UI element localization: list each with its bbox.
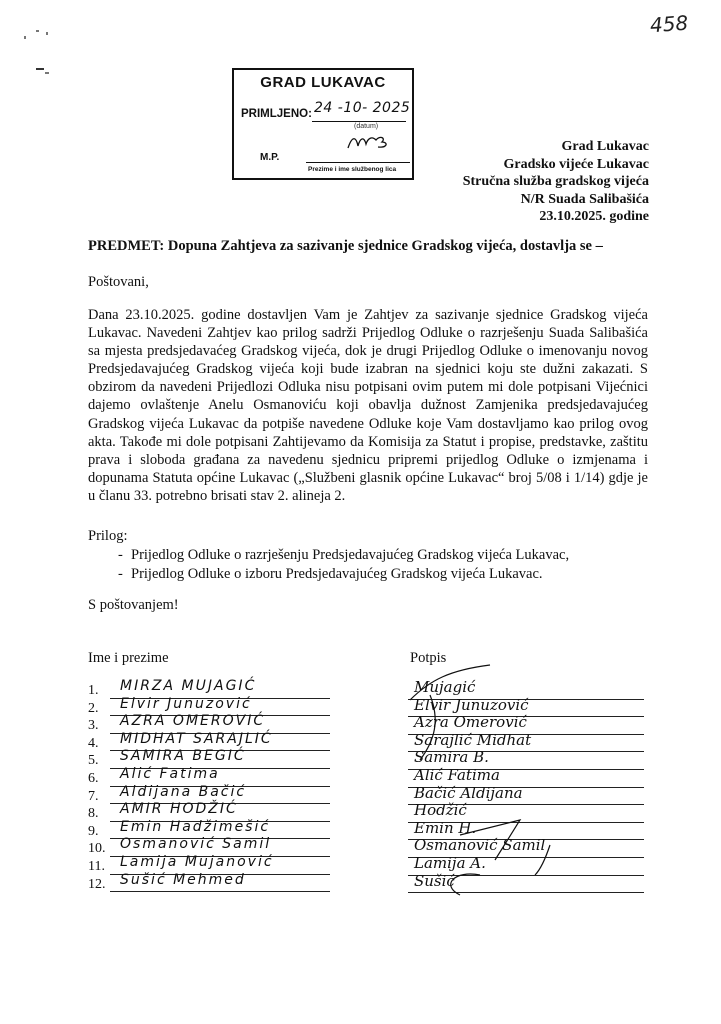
attachment-item: -Prijedlog Odluke o izboru Predsjedavaju… (118, 565, 569, 584)
handwritten-signature: Bačić Aldijana (414, 784, 523, 802)
names-column-header: Ime i prezime (88, 650, 169, 667)
recipient-line: Stručna služba gradskog vijeća (463, 173, 649, 191)
page-number-handwritten: 458 (649, 11, 689, 38)
row-number: 2. (88, 700, 99, 717)
row-number: 11. (88, 858, 105, 875)
salutation: Poštovani, (88, 274, 149, 291)
handwritten-signature: Hodžić (414, 801, 467, 819)
stamp-title: GRAD LUKAVAC (234, 74, 412, 91)
handwritten-signature: Emin H. (414, 819, 476, 837)
stamp-received-label: PRIMLJENO: (241, 108, 312, 120)
attachment-item: -Prijedlog Odluke o razrješenju Predsjed… (118, 546, 569, 565)
name-underline (110, 891, 330, 892)
signature-row: Sušić (408, 877, 644, 895)
handwritten-signature: Sarajlić Midhat (414, 731, 531, 749)
handwritten-name: AZRA OMEROVIĆ (120, 713, 265, 729)
row-number: 5. (88, 752, 99, 769)
row-number: 10. (88, 840, 106, 857)
closing: S poštovanjem! (88, 597, 179, 614)
handwritten-name: Lamija Mujanović (120, 854, 274, 870)
stamp-official-line (306, 162, 410, 163)
handwritten-name: AMIR HODŽIĆ (120, 801, 238, 817)
attachments-list: -Prijedlog Odluke o razrješenju Predsjed… (118, 546, 569, 583)
handwritten-name: MIRZA MUJAGIĆ (120, 678, 256, 694)
handwritten-signature: Alić Fatima (414, 766, 500, 784)
stamp-official-caption: Prezime i ime službenog lica (308, 166, 396, 173)
handwritten-name: Aldijana Bačić (120, 784, 246, 800)
signature-column-header: Potpis (410, 650, 446, 667)
handwritten-name: MIDHAT SARAJLIĆ (120, 731, 273, 747)
body-paragraph: Dana 23.10.2025. godine dostavljen Vam j… (88, 306, 648, 505)
row-number: 7. (88, 788, 99, 805)
handwritten-signature: Osmanović Samil (414, 836, 545, 854)
recipient-block: Grad Lukavac Gradsko vijeće Lukavac Stru… (463, 138, 649, 226)
row-number: 3. (88, 717, 99, 734)
recipient-line: N/R Suada Salibašića (463, 191, 649, 209)
signature-underline (408, 892, 644, 893)
row-number: 12. (88, 876, 106, 893)
handwritten-name: SAMIRA BEGIĆ (120, 748, 246, 764)
recipient-line: Grad Lukavac (463, 138, 649, 156)
signatory-row: 12.Sušić Mehmed (88, 876, 348, 894)
attachments-label: Prilog: (88, 528, 127, 545)
stamp-seal-label: M.P. (260, 152, 279, 163)
stamp-received-date: 24 -10- 2025 (314, 100, 410, 116)
handwritten-name: Alić Fatima (120, 766, 220, 782)
stamp-date-line (312, 121, 406, 122)
handwritten-name: Osmanović Samil (120, 836, 271, 852)
signature-list: MujagićElvir JunuzovićAzra OmerovićSaraj… (408, 683, 644, 894)
handwritten-signature: Elvir Junuzović (414, 696, 529, 714)
stamp-date-caption: (datum) (354, 123, 378, 130)
handwritten-signature: Mujagić (414, 678, 475, 696)
recipient-date: 23.10.2025. godine (463, 208, 649, 226)
handwritten-name: Sušić Mehmed (120, 872, 246, 888)
handwritten-signature: Samira B. (414, 748, 489, 766)
signatory-names-list: 1.MIRZA MUJAGIĆ2.Elvir Junuzović3.AZRA O… (88, 682, 348, 893)
row-number: 9. (88, 823, 99, 840)
row-number: 6. (88, 770, 99, 787)
stamp-initials-signature (344, 132, 394, 152)
scan-artifacts (22, 28, 72, 78)
row-number: 1. (88, 682, 99, 699)
received-stamp: GRAD LUKAVAC PRIMLJENO: 24 -10- 2025 (da… (232, 68, 414, 180)
handwritten-name: Elvir Junuzović (120, 696, 252, 712)
handwritten-name: Emin Hadžimešić (120, 819, 270, 835)
subject-line: PREDMET: Dopuna Zahtjeva za sazivanje sj… (88, 238, 603, 255)
recipient-line: Gradsko vijeće Lukavac (463, 156, 649, 174)
row-number: 8. (88, 805, 99, 822)
handwritten-signature: Lamija A. (414, 854, 486, 872)
handwritten-signature: Sušić (414, 872, 455, 890)
row-number: 4. (88, 735, 99, 752)
handwritten-signature: Azra Omerović (414, 713, 527, 731)
